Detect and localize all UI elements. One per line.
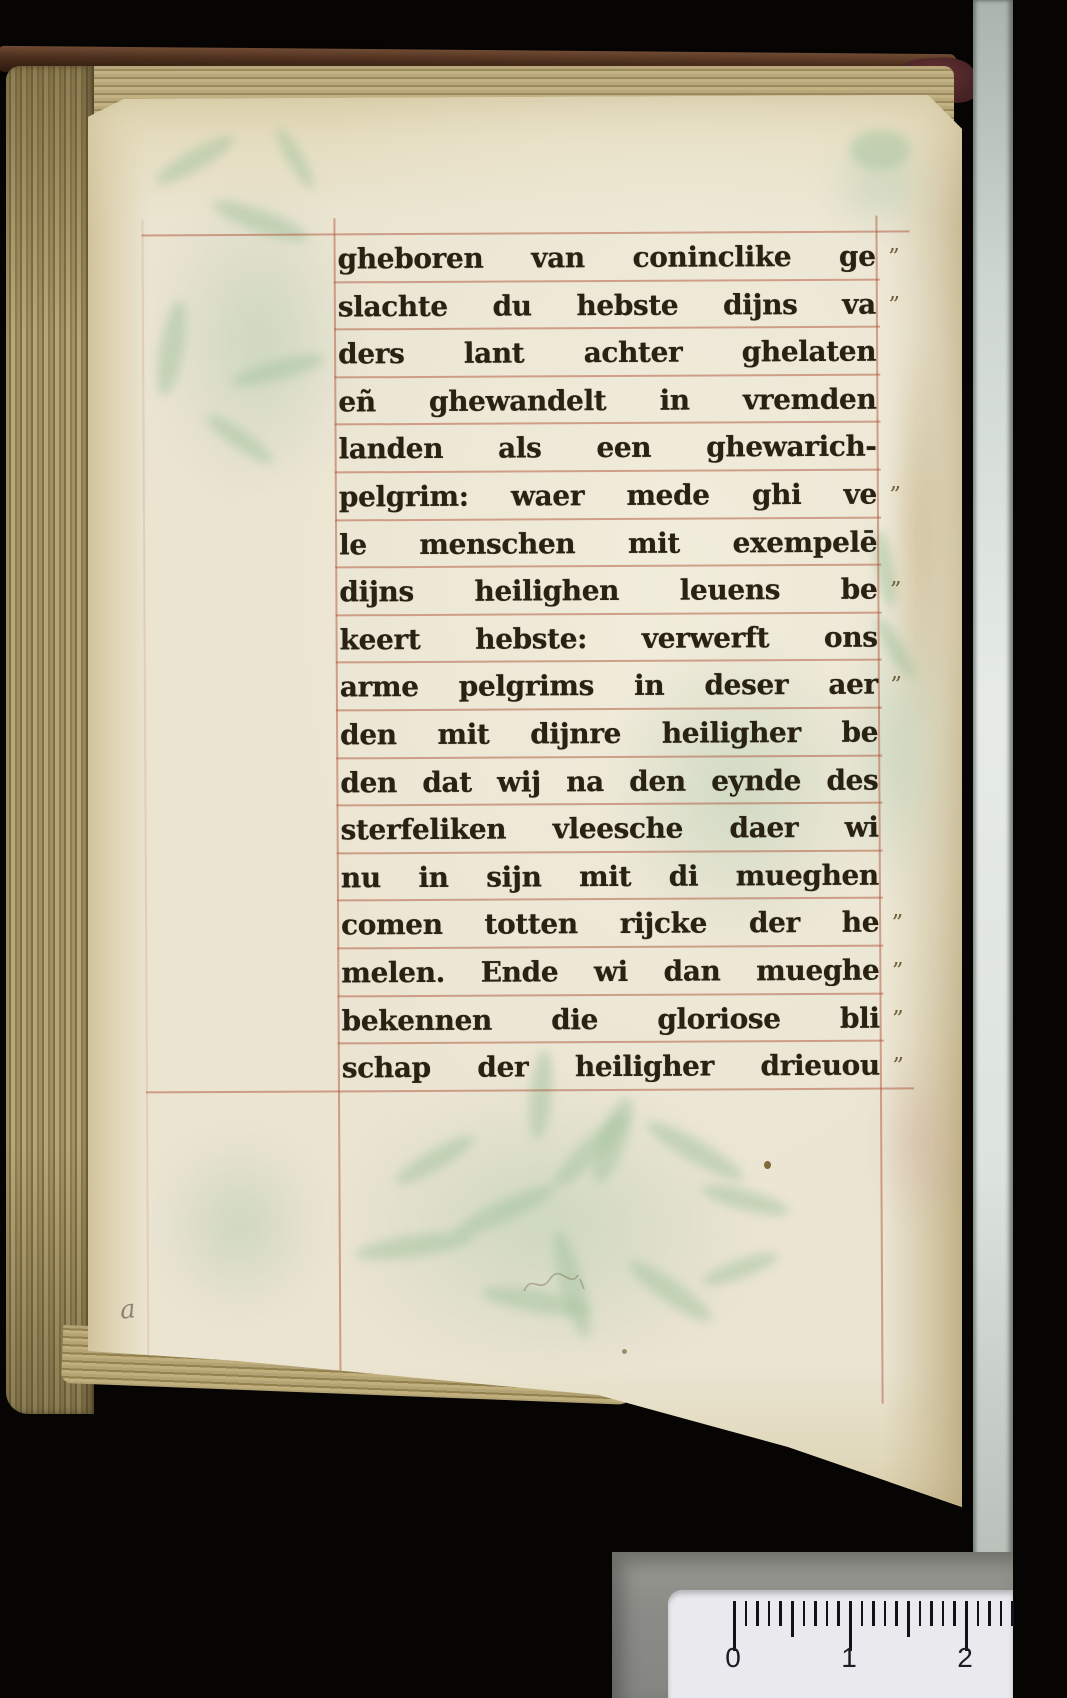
line-text: comen totten rijcke der he [341, 899, 879, 949]
photo-stage: gheboren van coninclike ge„slachte du he… [0, 0, 1067, 1698]
line-filler-mark: „ [889, 268, 900, 316]
manuscript-text-line: sterfeliken vleesche daer wi [340, 804, 878, 854]
manuscript-text-line: comen totten rijcke der he„ [341, 899, 879, 949]
manuscript-text-line: schap der heiligher drieuou„ [342, 1042, 880, 1092]
line-text: sterfeliken vleesche daer wi [340, 804, 878, 854]
manuscript-text-line: slachte du hebste dijns va„ [338, 280, 876, 330]
page-holder-strip [973, 0, 1013, 1556]
ruler-tick [745, 1601, 748, 1626]
ruler-number: 1 [827, 1642, 871, 1674]
text-block: gheboren van coninclike ge„slachte du he… [337, 223, 880, 1092]
line-text: slachte du hebste dijns va [338, 280, 876, 330]
ruler-tick [756, 1601, 759, 1626]
manuscript-text-line: dijns heilighen leuens be„ [339, 566, 877, 616]
ruler-tick [1000, 1601, 1003, 1626]
manuscript-text-line: arme pelgrims in deser aer„ [340, 661, 878, 711]
ruler-tick [837, 1601, 840, 1626]
pencil-annotation: a [118, 1294, 137, 1325]
manuscript-text-line: keert hebste: verwerft ons [339, 613, 877, 663]
line-text: den mit dijnre heiligher be [340, 709, 878, 759]
line-filler-mark: „ [890, 458, 901, 506]
line-filler-mark: „ [890, 554, 901, 602]
manuscript-text-line: melen. Ende wi dan mueghe„ [341, 946, 879, 996]
ruler-tick [768, 1601, 771, 1626]
line-text: schap der heiligher drieuou [342, 1042, 880, 1092]
line-text: gheboren van coninclike ge [338, 233, 876, 283]
manuscript-text-line: landen als een ghewarich- [338, 423, 876, 473]
line-text: keert hebste: verwerft ons [339, 613, 877, 663]
ruler-number: 0 [711, 1642, 755, 1674]
manuscript-text-line: nu in sijn mit di mueghen [341, 851, 879, 901]
ruler-tick [907, 1601, 910, 1637]
ink-speck [764, 1161, 771, 1169]
manuscript-text-line: ders lant achter ghelaten [338, 328, 876, 378]
line-text: le menschen mit exempelē [339, 518, 877, 568]
manuscript-text-line: den dat wij na den eynde des [340, 756, 878, 806]
ruler-tick [779, 1601, 782, 1626]
ruler-tick [977, 1601, 980, 1626]
foliage-leaf [850, 130, 910, 170]
line-text: arme pelgrims in deser aer [340, 661, 878, 711]
manuscript-text-line: den mit dijnre heiligher be [340, 709, 878, 759]
manuscript-text-line: le menschen mit exempelē [339, 518, 877, 568]
line-filler-mark: „ [892, 887, 903, 935]
ink-speck [622, 1349, 627, 1354]
line-filler-mark: „ [892, 982, 903, 1030]
manuscript-text-line: eñ ghewandelt in vremden [338, 375, 876, 425]
ruler-tick [814, 1601, 817, 1626]
ruler-tick [872, 1601, 875, 1626]
foliage-showthrough [124, 1100, 354, 1350]
page-stack-fore-edge [6, 66, 94, 1414]
line-text: melen. Ende wi dan mueghe [341, 946, 879, 996]
manuscript-text-line: gheboren van coninclike ge„ [338, 233, 876, 283]
written-area: gheboren van coninclike ge„slachte du he… [337, 221, 880, 1204]
line-filler-mark: „ [892, 934, 903, 982]
ruler-tick [895, 1601, 898, 1626]
line-text: den dat wij na den eynde des [340, 756, 878, 806]
line-text: pelgrim: waer mede ghi ve [339, 471, 877, 521]
ruler-tick [930, 1601, 933, 1626]
line-text: eñ ghewandelt in vremden [338, 375, 876, 425]
ruler-tick [953, 1601, 956, 1626]
pencil-doodle [520, 1265, 590, 1297]
manuscript-text-line: pelgrim: waer mede ghi ve„ [339, 471, 877, 521]
line-filler-mark: „ [893, 1030, 904, 1078]
ruler-tick [1011, 1601, 1014, 1626]
gutter-stain [880, 265, 958, 805]
ruler-tick [826, 1601, 829, 1626]
ruler-tick [791, 1601, 794, 1637]
line-filler-mark: „ [891, 649, 902, 697]
line-text: landen als een ghewarich- [338, 423, 876, 473]
line-text: ders lant achter ghelaten [338, 328, 876, 378]
line-text: bekennen die gloriose bli [341, 994, 879, 1044]
scale-plate: 012 [612, 1552, 1013, 1698]
ruler-tick [861, 1601, 864, 1626]
line-filler-mark: „ [888, 220, 899, 268]
ruler-tick [803, 1601, 806, 1626]
ruler-tick [884, 1601, 887, 1626]
ruler-number: 2 [943, 1642, 987, 1674]
ruler-tick [988, 1601, 991, 1626]
manuscript-page: gheboren van coninclike ge„slachte du he… [88, 95, 962, 1510]
ruler-tick [919, 1601, 922, 1626]
ruler-tick [942, 1601, 945, 1626]
manuscript-text-line: bekennen die gloriose bli„ [341, 994, 879, 1044]
line-text: dijns heilighen leuens be [339, 566, 877, 616]
ruler: 012 [668, 1590, 1013, 1698]
line-text: nu in sijn mit di mueghen [341, 851, 879, 901]
